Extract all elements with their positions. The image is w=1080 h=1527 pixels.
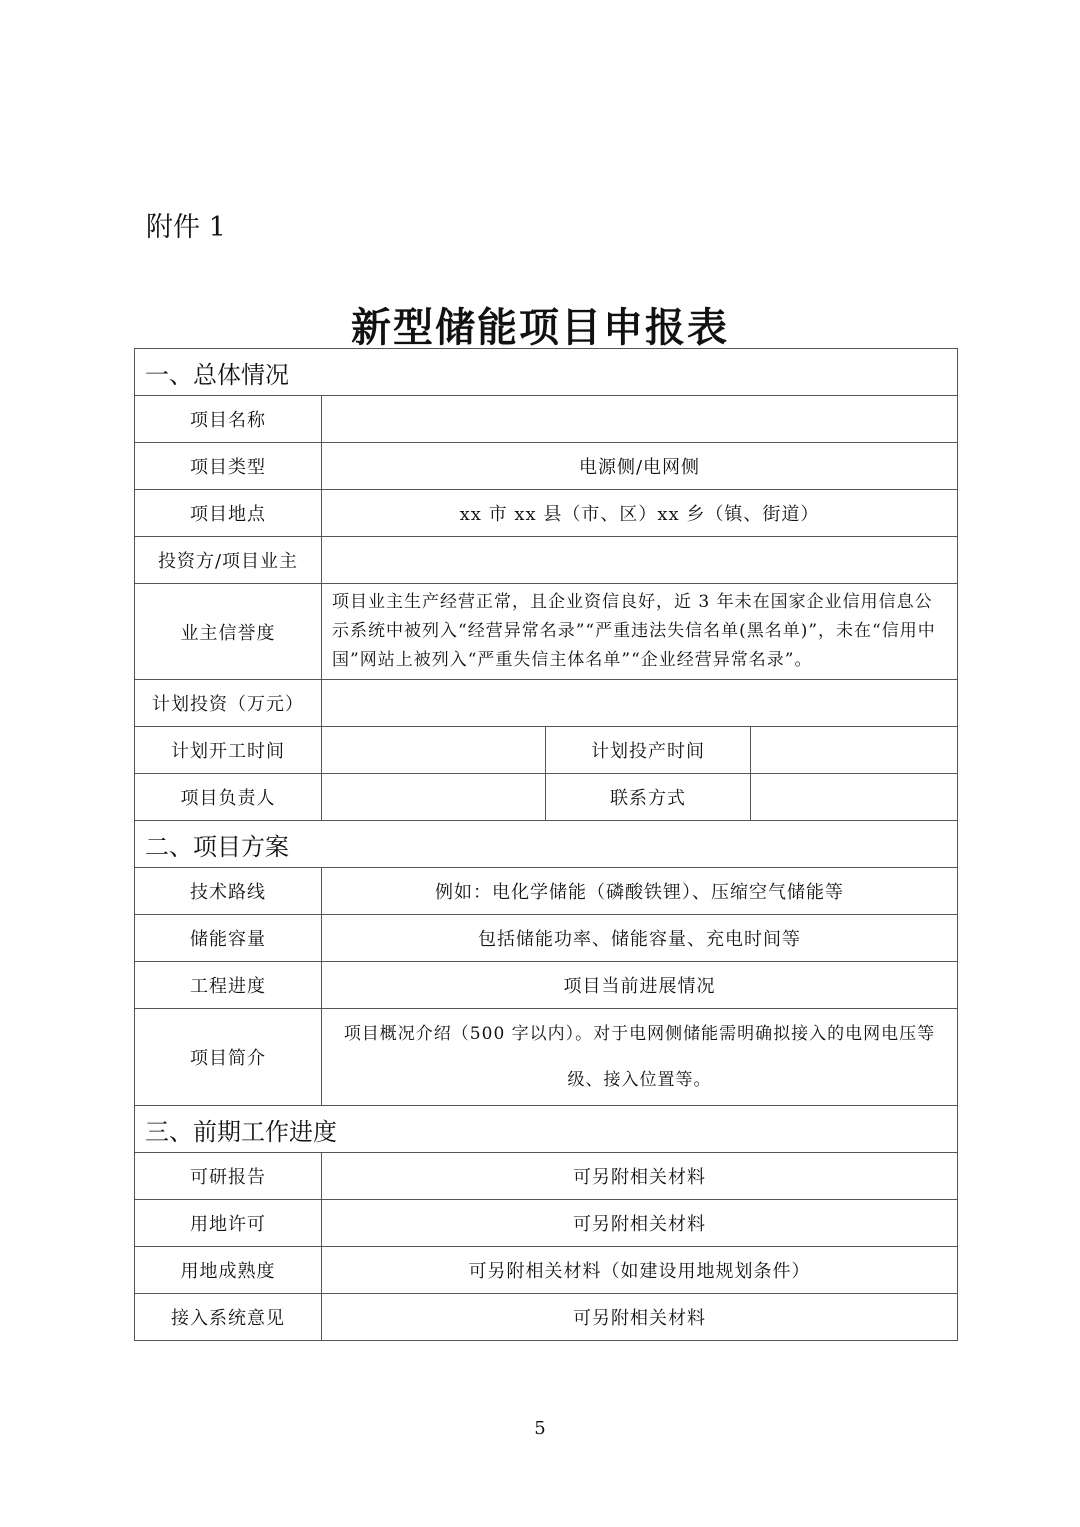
field-construction-progress[interactable]: 项目当前进展情况 (322, 962, 958, 1009)
page-title: 新型储能项目申报表 (0, 296, 1080, 353)
page-number: 5 (0, 1418, 1080, 1439)
section-heading-plan: 二、项目方案 (135, 821, 958, 868)
label-owner-credit: 业主信誉度 (135, 584, 322, 680)
field-tech-route[interactable]: 例如：电化学储能（磷酸铁锂）、压缩空气储能等 (322, 868, 958, 915)
label-planned-investment: 计划投资（万元） (135, 680, 322, 727)
label-tech-route: 技术路线 (135, 868, 322, 915)
field-project-location[interactable]: xx 市 xx 县（市、区）xx 乡（镇、街道） (322, 490, 958, 537)
label-project-name: 项目名称 (135, 396, 322, 443)
attachment-label: 附件 1 (146, 205, 226, 244)
label-feasibility-report: 可研报告 (135, 1153, 322, 1200)
label-contact: 联系方式 (546, 774, 751, 821)
label-grid-access-opinion: 接入系统意见 (135, 1294, 322, 1341)
application-form-table: 一、总体情况 项目名称 项目类型电源侧/电网侧 项目地点xx 市 xx 县（市、… (134, 348, 958, 1341)
label-start-time: 计划开工时间 (135, 727, 322, 774)
field-feasibility-report[interactable]: 可另附相关材料 (322, 1153, 958, 1200)
label-operation-time: 计划投产时间 (546, 727, 751, 774)
section-heading-prework: 三、前期工作进度 (135, 1106, 958, 1153)
label-project-intro: 项目简介 (135, 1009, 322, 1106)
field-project-intro[interactable]: 项目概况介绍（500 字以内）。对于电网侧储能需明确拟接入的电网电压等级、接入位… (322, 1009, 958, 1106)
field-land-permit[interactable]: 可另附相关材料 (322, 1200, 958, 1247)
field-project-type[interactable]: 电源侧/电网侧 (322, 443, 958, 490)
field-planned-investment[interactable] (322, 680, 958, 727)
field-land-maturity[interactable]: 可另附相关材料（如建设用地规划条件） (322, 1247, 958, 1294)
field-storage-capacity[interactable]: 包括储能功率、储能容量、充电时间等 (322, 915, 958, 962)
label-investor: 投资方/项目业主 (135, 537, 322, 584)
field-investor[interactable] (322, 537, 958, 584)
label-construction-progress: 工程进度 (135, 962, 322, 1009)
label-project-manager: 项目负责人 (135, 774, 322, 821)
field-start-time[interactable] (322, 727, 546, 774)
field-project-manager[interactable] (322, 774, 546, 821)
label-land-maturity: 用地成熟度 (135, 1247, 322, 1294)
label-storage-capacity: 储能容量 (135, 915, 322, 962)
field-operation-time[interactable] (751, 727, 958, 774)
field-grid-access-opinion[interactable]: 可另附相关材料 (322, 1294, 958, 1341)
label-project-location: 项目地点 (135, 490, 322, 537)
section-heading-general: 一、总体情况 (135, 349, 958, 396)
label-land-permit: 用地许可 (135, 1200, 322, 1247)
label-project-type: 项目类型 (135, 443, 322, 490)
field-contact[interactable] (751, 774, 958, 821)
field-owner-credit[interactable]: 项目业主生产经营正常，且企业资信良好，近 3 年未在国家企业信用信息公示系统中被… (322, 584, 958, 680)
field-project-name[interactable] (322, 396, 958, 443)
